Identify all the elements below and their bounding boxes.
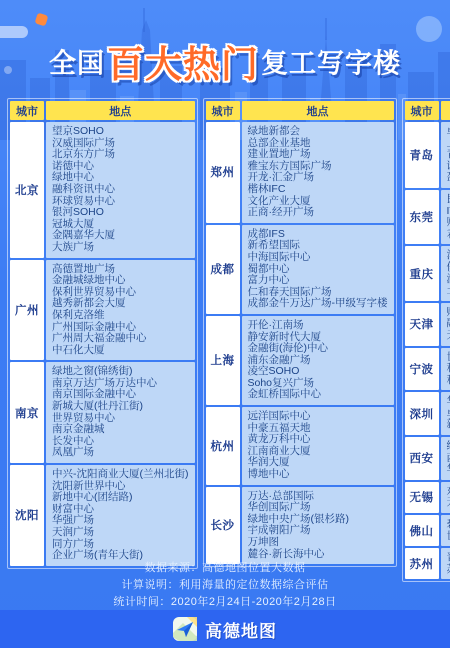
location-item: 博地中心 <box>248 469 388 481</box>
location-item: 广州周大福金融中心 <box>52 333 189 345</box>
location-item: 绿地都市之门 <box>447 441 450 453</box>
location-list: 碧桂园总部世博金融中心 <box>441 515 450 546</box>
location-item: 成都金牛万达广场-甲级写字楼 <box>248 298 388 310</box>
location-item: 世博金融中心 <box>447 531 450 543</box>
location-item: 保利克洛维 <box>52 310 189 322</box>
location-list: 华强广场卓越·世纪中心新天世纪商务中心 <box>441 392 450 435</box>
location-item: 华夏·世纪广场 <box>447 464 450 476</box>
location-item: 和丰创意广场 <box>447 363 450 375</box>
city-name: 北京 <box>10 122 44 258</box>
city-name: 佛山 <box>405 515 439 546</box>
location-item: 万坤图 <box>248 537 388 549</box>
location-item: 土星商务中心 <box>447 285 450 297</box>
table-header-row: 城市 地点 <box>10 101 195 120</box>
location-list: 远洋国际中心中豪五福天地黄龙万科中心江南商业大厦华润大厦博地中心 <box>242 407 394 485</box>
location-item: 望京SOHO <box>52 126 189 138</box>
brand-bar: 高德地图 <box>0 610 450 648</box>
location-item: 天津环球金融中心津塔写字楼 <box>447 330 450 342</box>
city-name: 南京 <box>10 362 44 463</box>
location-list: 开伦·江南场静安新时代大厦金融街(海伦)中心浦东金融广场凌空SOHOSoho复兴… <box>242 316 394 405</box>
header-city: 城市 <box>206 101 240 120</box>
city-group: 广州高德置地广场金融城绿地中心保利世界贸易中心越秀新都会大厦保利克洛维广州国际金… <box>10 260 195 361</box>
city-group: 郑州绿地新都会总部企业基地建业置地广场雅宝东方国际广场开龙·汇金广场楷林IFC文… <box>206 122 394 223</box>
location-item: 中兴-沈阳商业大厦(兰州北街) <box>52 469 189 481</box>
city-name: 成都 <box>206 225 240 314</box>
location-item: 无锡商业大厦(复兴路) <box>447 497 450 509</box>
city-group: 北京望京SOHO汉威国际广场北京东方广场诺德中心绿地中心融科资讯中心环球贸易中心… <box>10 122 195 258</box>
page-title: 全国百大热门复工写字楼 <box>0 34 450 88</box>
location-item: 天润广场 <box>52 527 189 539</box>
title-suffix: 复工写字楼 <box>261 49 401 79</box>
location-item: 麓谷·新长海中心 <box>248 549 388 561</box>
location-list: 高德置地广场金融城绿地中心保利世界贸易中心越秀新都会大厦保利克洛维广州国际金融中… <box>46 260 195 361</box>
table-header-row: 城市 地点 <box>206 101 394 120</box>
city-name: 深圳 <box>405 392 439 435</box>
location-list: 万达·总部国际华创国际广场绿地中央广场(银杉路)宇成朝阳广场万坤图麓谷·新长海中… <box>242 487 394 565</box>
title-prefix: 全国 <box>49 49 105 79</box>
location-item: 盈园国际商务中心 <box>447 172 450 184</box>
location-list: 成都IFS新希望国际中海国际中心蜀都中心富力中心仁和春天国际广场成都金牛万达广场… <box>242 225 394 314</box>
city-name: 沈阳 <box>10 465 44 566</box>
city-group: 宁波世纪东方和丰创意广场和邦大厦 <box>405 348 450 391</box>
location-list: 绿地都市之门西安·绿地中心华夏·世纪广场 <box>441 437 450 480</box>
location-item: 正商·经开广场 <box>248 207 388 219</box>
location-item: 财富新地(凤深大道) <box>447 217 450 229</box>
city-group: 重庆泽胜中央广场俊豪中央大街渝兴广场土星商务中心 <box>405 246 450 300</box>
location-item: 和邦大厦 <box>447 375 450 387</box>
city-table-right: 城市 地点 青岛卓越世纪中心上实中心青岛天安数码城诺德广场盈园国际商务中心东莞民… <box>402 98 450 582</box>
location-item: 新城大厦(牡丹江街) <box>52 401 189 413</box>
location-list: 卓越世纪中心上实中心青岛天安数码城诺德广场盈园国际商务中心 <box>441 122 450 188</box>
location-item: 民盈·国贸中心 <box>447 194 450 206</box>
city-name: 长沙 <box>206 487 240 565</box>
city-name: 郑州 <box>206 122 240 223</box>
city-group: 长沙万达·总部国际华创国际广场绿地中央广场(银杉路)宇成朝阳广场万坤图麓谷·新长… <box>206 487 394 565</box>
location-item: 大族广场 <box>52 242 189 254</box>
city-name: 杭州 <box>206 407 240 485</box>
location-item: 金虹桥国际中心 <box>248 389 388 401</box>
header-location: 地点 <box>46 101 195 120</box>
header-location: 地点 <box>441 101 450 120</box>
city-group: 成都成都IFS新希望国际中海国际中心蜀都中心富力中心仁和春天国际广场成都金牛万达… <box>206 225 394 314</box>
location-item: 楷林IFC <box>248 184 388 196</box>
city-group: 沈阳中兴-沈阳商业大厦(兰州北街)沈阳新世界中心新地中心(团结路)财富中心华强广… <box>10 465 195 566</box>
city-name: 无锡 <box>405 482 439 513</box>
location-item: 凤凰广场 <box>52 447 189 459</box>
city-group: 上海开伦·江南场静安新时代大厦金融街(海伦)中心浦东金融广场凌空SOHOSoho… <box>206 316 394 405</box>
city-group: 佛山碧桂园总部世博金融中心 <box>405 515 450 546</box>
footer-note-period: 统计时间：2020年2月24日-2020年2月28日 <box>0 594 450 611</box>
location-item: 绿地新都会 <box>248 126 388 138</box>
city-group: 南京绿地之窗(锦绣街)南京万达广场万达中心南京国际金融中心新城大厦(牡丹江街)世… <box>10 362 195 463</box>
city-table-middle: 城市 地点 郑州绿地新都会总部企业基地建业置地广场雅宝东方国际广场开龙·汇金广场… <box>203 98 397 567</box>
city-group: 天津贻航国际融汇广场天津环球金融中心津塔写字楼 <box>405 303 450 346</box>
location-item: 融科资讯中心 <box>52 184 189 196</box>
city-name: 宁波 <box>405 348 439 391</box>
header-city: 城市 <box>405 101 439 120</box>
amap-logo-icon <box>173 617 197 641</box>
location-list: 泽胜中央广场俊豪中央大街渝兴广场土星商务中心 <box>441 246 450 300</box>
location-item: 中海国际中心 <box>248 252 388 264</box>
city-group: 东莞民盈·国贸中心ITC万科中心财富新地(凤深大道)君豪商业中心 <box>405 190 450 244</box>
city-name: 天津 <box>405 303 439 346</box>
location-item: 金融街(海伦)中心 <box>248 343 388 355</box>
ranking-tables: 城市 地点 北京望京SOHO汉威国际广场北京东方广场诺德中心绿地中心融科资讯中心… <box>0 98 450 582</box>
city-name: 东莞 <box>405 190 439 244</box>
city-group: 青岛卓越世纪中心上实中心青岛天安数码城诺德广场盈园国际商务中心 <box>405 122 450 188</box>
header-city: 城市 <box>10 101 44 120</box>
header-location: 地点 <box>242 101 394 120</box>
city-name: 上海 <box>206 316 240 405</box>
city-table-left: 城市 地点 北京望京SOHO汉威国际广场北京东方广场诺德中心绿地中心融科资讯中心… <box>7 98 198 569</box>
amap-logo-text: 高德地图 <box>205 617 277 642</box>
poster: { "title": { "prefix": "全国", "highlight"… <box>0 0 450 648</box>
footer-note-method: 计算说明：利用海量的定位数据综合评估 <box>0 577 450 594</box>
city-group: 西安绿地都市之门西安·绿地中心华夏·世纪广场 <box>405 437 450 480</box>
city-group: 深圳华强广场卓越·世纪中心新天世纪商务中心 <box>405 392 450 435</box>
location-list: 绿地新都会总部企业基地建业置地广场雅宝东方国际广场开龙·汇金广场楷林IFC文化产… <box>242 122 394 223</box>
location-list: 世纪东方和丰创意广场和邦大厦 <box>441 348 450 391</box>
location-item: 银河SOHO <box>52 207 189 219</box>
footer-notes: 数据来源：高德地图位置大数据 计算说明：利用海量的定位数据综合评估 统计时间：2… <box>0 560 450 611</box>
location-item: 富力中心 <box>248 275 388 287</box>
location-item: 新天世纪商务中心 <box>447 419 450 431</box>
city-name: 重庆 <box>405 246 439 300</box>
location-item: 金融城绿地中心 <box>52 275 189 287</box>
location-item: 中石化大厦 <box>52 345 189 357</box>
orange-square-decoration <box>35 13 49 27</box>
title-highlight: 百大热门 <box>107 44 259 85</box>
city-group: 无锡东方广场无锡商业大厦(复兴路) <box>405 482 450 513</box>
table-header-row: 城市 地点 <box>405 101 450 120</box>
location-item: 碧桂园总部 <box>447 519 450 531</box>
location-item: 卓越世纪中心 <box>447 126 450 138</box>
city-name: 广州 <box>10 260 44 361</box>
location-list: 望京SOHO汉威国际广场北京东方广场诺德中心绿地中心融科资讯中心环球贸易中心银河… <box>46 122 195 258</box>
location-list: 东方广场无锡商业大厦(复兴路) <box>441 482 450 513</box>
city-group: 杭州远洋国际中心中豪五福天地黄龙万科中心江南商业大厦华润大厦博地中心 <box>206 407 394 485</box>
location-list: 民盈·国贸中心ITC万科中心财富新地(凤深大道)君豪商业中心 <box>441 190 450 244</box>
location-item: 俊豪中央大街 <box>447 262 450 274</box>
city-name: 西安 <box>405 437 439 480</box>
location-item: 君豪商业中心 <box>447 229 450 241</box>
location-list: 绿地之窗(锦绣街)南京万达广场万达中心南京国际金融中心新城大厦(牡丹江街)世界贸… <box>46 362 195 463</box>
footer-note-source: 数据来源：高德地图位置大数据 <box>0 560 450 577</box>
location-item: 开伦·江南场 <box>248 320 388 332</box>
location-item: 远洋国际中心 <box>248 411 388 423</box>
city-name: 青岛 <box>405 122 439 188</box>
location-list: 贻航国际融汇广场天津环球金融中心津塔写字楼 <box>441 303 450 346</box>
location-list: 中兴-沈阳商业大厦(兰州北街)沈阳新世界中心新地中心(团结路)财富中心华强广场天… <box>46 465 195 566</box>
